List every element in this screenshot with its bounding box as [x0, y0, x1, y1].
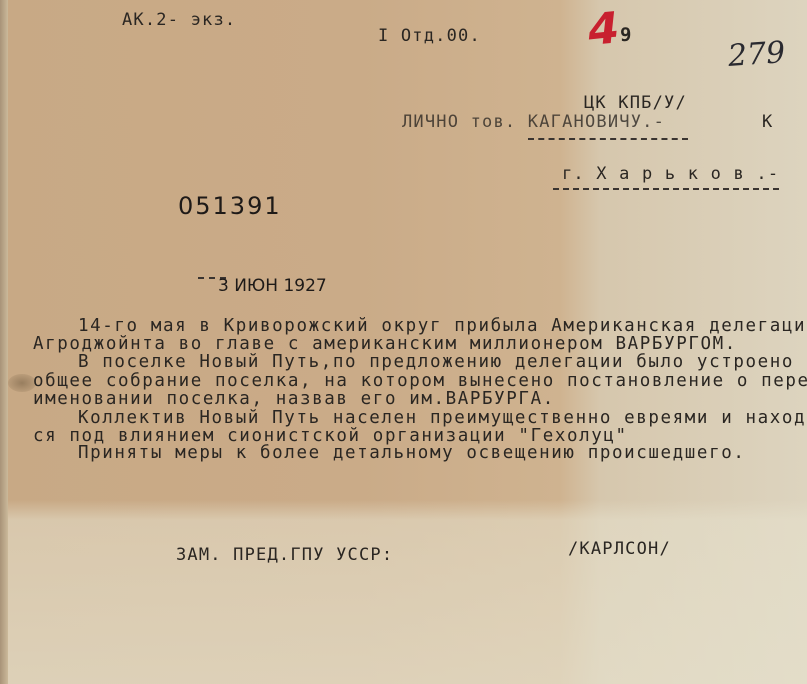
handwritten-folio-number: 279 [727, 38, 786, 72]
addressee-org: ЦК КПБ/У/ [584, 95, 687, 112]
margin-letter: К [762, 114, 773, 131]
page-edge [0, 0, 8, 684]
body-line: Приняты меры к более детальному освещени… [78, 445, 745, 463]
date-stamp: 3 ИЮН 1927 [218, 278, 327, 295]
copy-label: АК.2- экз. [122, 12, 236, 29]
red-pencil-mark: 4 [585, 7, 621, 54]
body-line: Коллектив Новый Путь населен преимуществ… [78, 410, 807, 428]
body-line: общее собрание поселка, на котором вынес… [33, 373, 807, 391]
body-line: В поселке Новый Путь,по предложению деле… [78, 354, 794, 372]
body-line: Агроджойнта во главе с американским милл… [33, 336, 737, 354]
signature-name: /КАРЛСОН/ [568, 541, 671, 558]
department-label: I Отд.00. [378, 28, 481, 45]
name-underline [528, 138, 688, 140]
addressee-name: ЛИЧНО тов. КАГАНОВИЧУ.- [402, 114, 665, 131]
paper-stain [8, 374, 36, 392]
addressee-city: г. Х а р ь к о в .- [562, 166, 779, 183]
body-line: именовании поселка, назвав его им.ВАРБУР… [33, 391, 555, 409]
registration-number: 051391 [178, 194, 282, 218]
signature-title: ЗАМ. ПРЕД.ГПУ УССР: [176, 547, 393, 564]
city-underline [553, 188, 779, 190]
body-line: 14-го мая в Криворожский округ прибыла А… [78, 318, 807, 336]
number-suffix: 9 [620, 26, 633, 45]
